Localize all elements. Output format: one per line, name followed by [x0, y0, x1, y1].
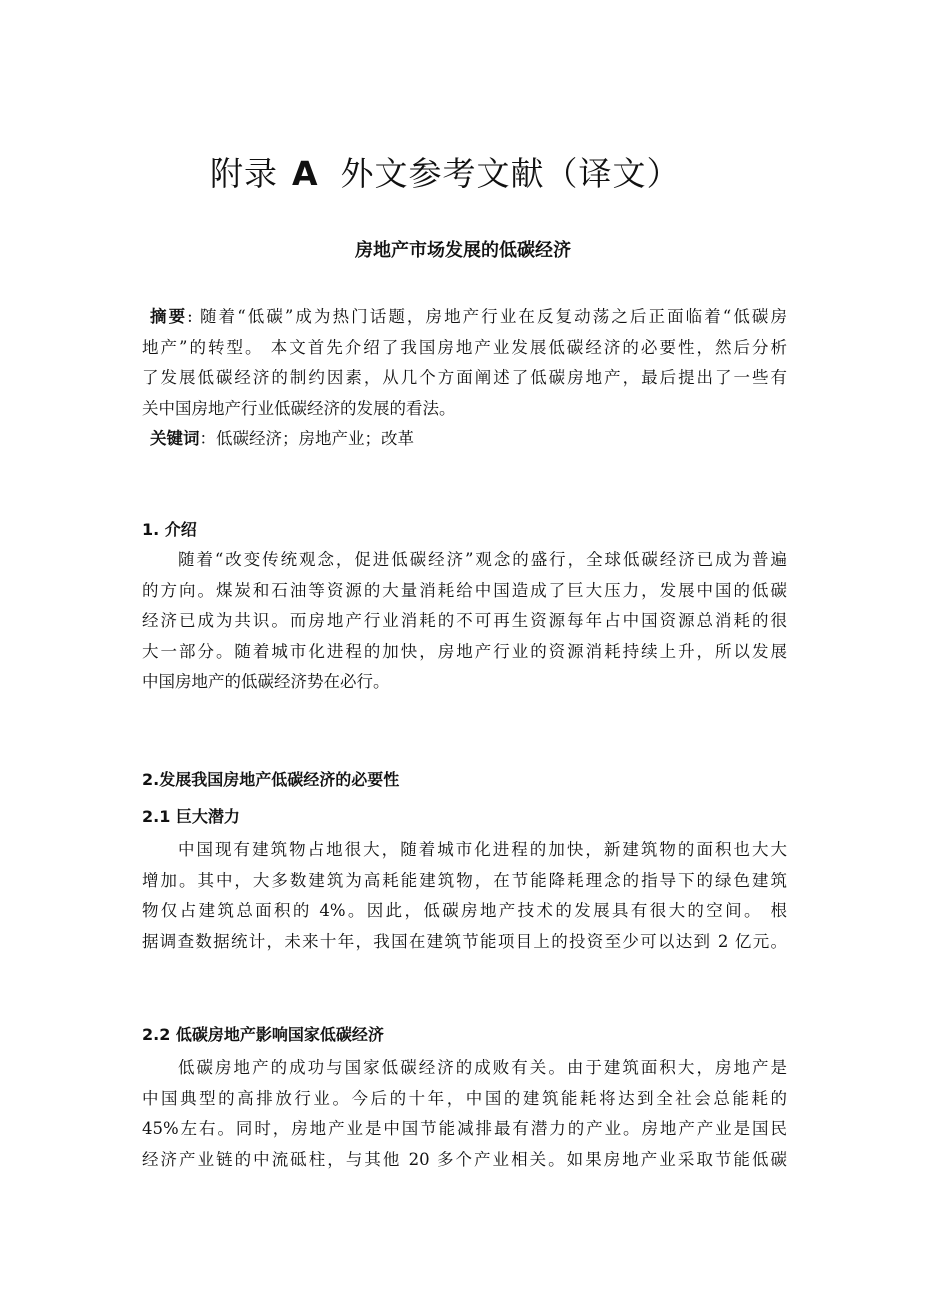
section-1-body: 随着“改变传统观念，促进低碳经济”观念的盛行，全球低碳经济已成为普遍 的方向。煤… [142, 545, 787, 698]
body-line: 物仅占建筑总面积的 4%。因此，低碳房地产技术的发展具有很大的空间。 根 [142, 896, 787, 927]
abstract-line: 了发展低碳经济的制约因素，从几个方面阐述了低碳房地产，最后提出了一些有 [142, 363, 787, 394]
body-line: 中国典型的高排放行业。今后的十年，中国的建筑能耗将达到全社会总能耗的 [142, 1084, 787, 1115]
abstract-line: 地产”的转型。 本文首先介绍了我国房地产业发展低碳经济的必要性，然后分析 [142, 333, 787, 364]
abstract-label: 摘要 [150, 307, 187, 326]
title-letter: A [292, 154, 319, 193]
abstract-line: 关中国房地产行业低碳经济的发展的看法。 [142, 394, 787, 425]
body-line: 的方向。煤炭和石油等资源的大量消耗给中国造成了巨大压力，发展中国的低碳 [142, 576, 787, 607]
section-heading-2-1: 2.1 巨大潜力 [142, 804, 240, 827]
keywords-text: ：低碳经济；房地产业；改革 [200, 429, 415, 448]
section-heading-2-2: 2.2 低碳房地产影响国家低碳经济 [142, 1022, 384, 1045]
body-line: 据调查数据统计，未来十年，我国在建筑节能项目上的投资至少可以达到 2 亿元。 [142, 927, 787, 958]
section-heading-2: 2.发展我国房地产低碳经济的必要性 [142, 767, 399, 790]
body-line: 随着“改变传统观念，促进低碳经济”观念的盛行，全球低碳经济已成为普遍 [142, 545, 787, 576]
section-2-1-body: 中国现有建筑物占地很大，随着城市化进程的加快，新建筑物的面积也大大 增加。其中，… [142, 835, 787, 957]
body-line: 经济产业链的中流砥柱，与其他 20 多个产业相关。如果房地产业采取节能低碳 [142, 1145, 787, 1176]
body-line: 45%左右。同时，房地产业是中国节能减排最有潜力的产业。房地产产业是国民 [142, 1114, 787, 1145]
keywords: 关键词：低碳经济；房地产业；改革 [142, 424, 787, 455]
paper-title: 房地产市场发展的低碳经济 [0, 236, 926, 262]
title-prefix: 附录 [210, 154, 278, 193]
title-rest: 外文参考文献（译文） [341, 154, 681, 193]
body-line: 增加。其中，大多数建筑为高耗能建筑物，在节能降耗理念的指导下的绿色建筑 [142, 866, 787, 897]
section-heading-1: 1. 介绍 [142, 517, 197, 540]
keywords-label: 关键词 [150, 429, 200, 448]
appendix-title: 附录A外文参考文献（译文） [210, 148, 681, 195]
body-line: 中国房地产的低碳经济势在必行。 [142, 667, 787, 698]
section-2-2-body: 低碳房地产的成功与国家低碳经济的成败有关。由于建筑面积大，房地产是 中国典型的高… [142, 1053, 787, 1175]
body-line: 大一部分。随着城市化进程的加快，房地产行业的资源消耗持续上升，所以发展 [142, 637, 787, 668]
abstract-line: 摘要: 随着“低碳”成为热门话题，房地产行业在反复动荡之后正面临着“低碳房 [142, 302, 787, 333]
body-line: 低碳房地产的成功与国家低碳经济的成败有关。由于建筑面积大，房地产是 [142, 1053, 787, 1084]
body-line: 中国现有建筑物占地很大，随着城市化进程的加快，新建筑物的面积也大大 [142, 835, 787, 866]
body-line: 经济已成为共识。而房地产行业消耗的不可再生资源每年占中国资源总消耗的很 [142, 606, 787, 637]
abstract: 摘要: 随着“低碳”成为热门话题，房地产行业在反复动荡之后正面临着“低碳房 地产… [142, 302, 787, 455]
